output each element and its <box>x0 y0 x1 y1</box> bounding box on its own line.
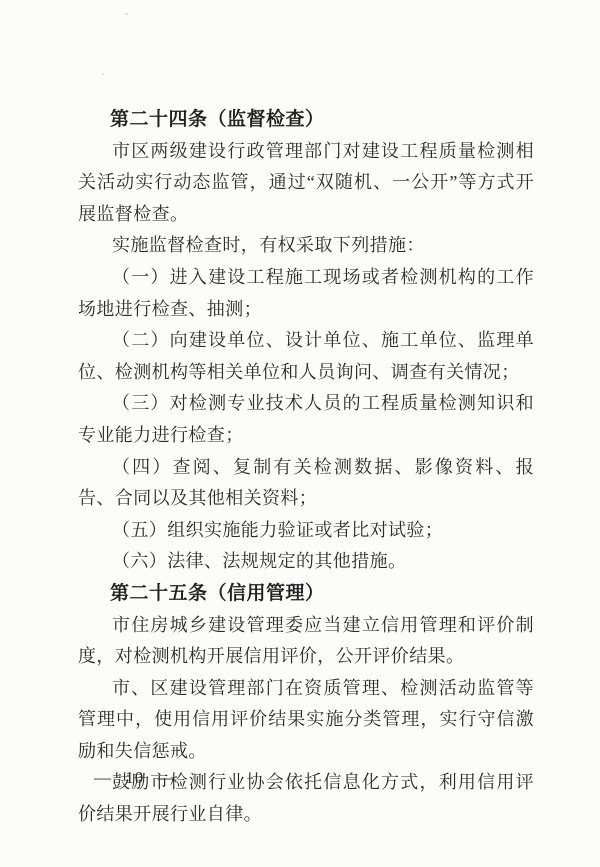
list-item-paragraph: （三）对检测专业技术人员的工程质量检测知识和专业能力进行检查； <box>78 388 534 451</box>
list-item-paragraph: （二）向建设单位、设计单位、施工单位、监理单位、检测机构等相关单位和人员询问、调… <box>78 325 534 388</box>
paragraph: 市、区建设管理部门在资质管理、检测活动监管等管理中，使用信用评价结果实施分类管理… <box>78 673 534 768</box>
paragraph: 市住房城乡建设管理委应当建立信用管理和评价制度，对检测机构开展信用评价，公开评价… <box>78 610 534 673</box>
scan-speck <box>102 73 104 75</box>
list-item-paragraph: （五）组织实施能力验证或者比对试验； <box>78 515 534 547</box>
scan-speck <box>125 13 128 15</box>
paragraph: 实施监督检查时，有权采取下列措施： <box>78 230 534 262</box>
list-item-paragraph: （六）法律、法规规定的其他措施。 <box>78 546 534 578</box>
article-24-heading: 第二十四条（监督检查） <box>78 104 534 136</box>
document-page: 第二十四条（监督检查） 市区两级建设行政管理部门对建设工程质量检测相关活动实行动… <box>0 0 600 867</box>
document-body: 第二十四条（监督检查） 市区两级建设行政管理部门对建设工程质量检测相关活动实行动… <box>78 104 534 831</box>
page-number: — 10 — <box>94 768 176 788</box>
paragraph: 市区两级建设行政管理部门对建设工程质量检测相关活动实行动态监管，通过“双随机、一… <box>78 136 534 231</box>
article-25-heading: 第二十五条（信用管理） <box>78 578 534 610</box>
list-item-paragraph: （一）进入建设工程施工现场或者检测机构的工作场地进行检查、抽测； <box>78 262 534 325</box>
list-item-paragraph: （四）查阅、复制有关检测数据、影像资料、报告、合同以及其他相关资料； <box>78 452 534 515</box>
